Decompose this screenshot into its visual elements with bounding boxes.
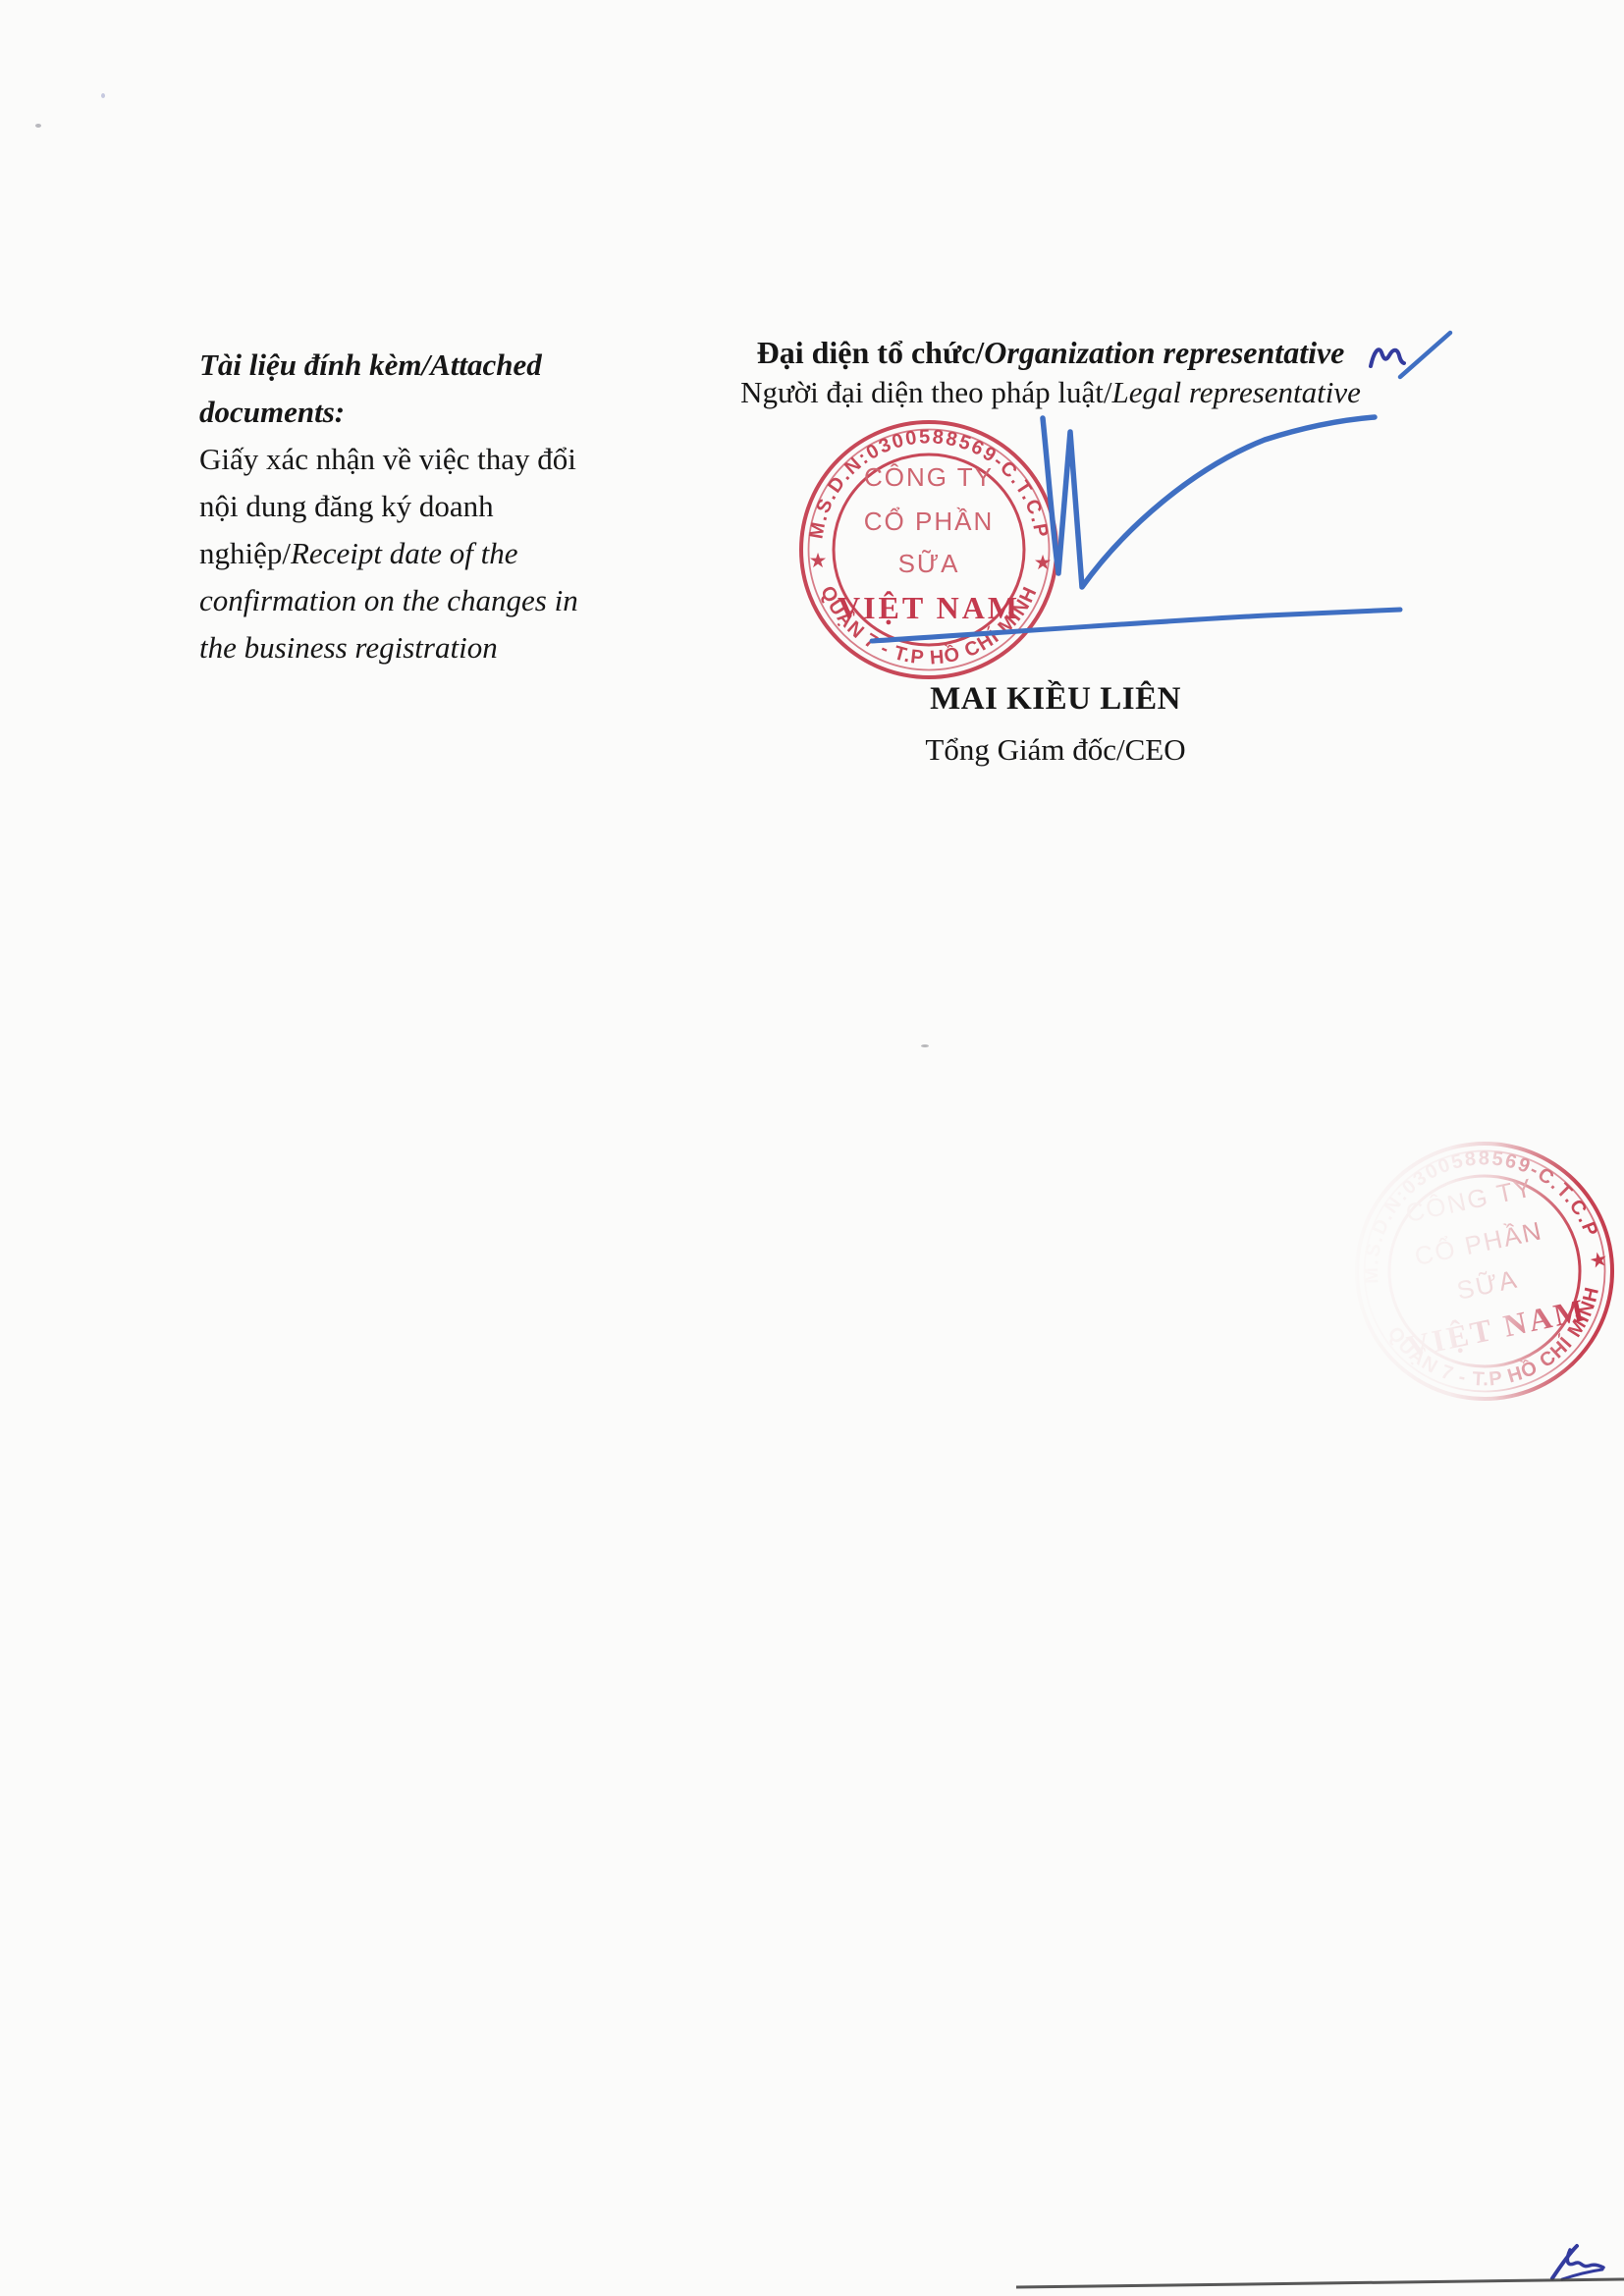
scan-edge-line-stroke [1016, 2279, 1624, 2287]
partial-seal-center-line3: SỮA [1454, 1263, 1521, 1305]
ceo-signature [844, 324, 1453, 667]
signer-block: MAI KIỀU LIÊN Tổng Giám đốc/CEO [687, 679, 1424, 768]
signature-flourish-slash [1400, 333, 1450, 377]
signature-flourish-mark [1371, 349, 1404, 366]
partial-seal-center-line2: CỔ PHẦN [1412, 1215, 1545, 1271]
signature-main-stroke [1043, 417, 1375, 587]
scan-edge-line [1001, 2273, 1624, 2291]
scan-speck [35, 124, 41, 128]
scan-speck [921, 1044, 929, 1047]
seal-star-left-icon: ★ [809, 550, 828, 572]
signer-title: Tổng Giám đốc/CEO [687, 732, 1424, 768]
attached-documents-heading: Tài liệu đính kèm/Attached documents: [199, 342, 592, 436]
attached-documents-body: Giấy xác nhận về việc thay đổi nội dung … [199, 436, 592, 671]
signature-underline-stroke [872, 610, 1400, 641]
attached-documents-block: Tài liệu đính kèm/Attached documents: Gi… [199, 342, 592, 671]
partial-seal-stamp: M.S.D.N:0300588569-C.T.C.P QUẬN 7 - T.P … [1337, 1124, 1624, 1418]
document-page: Tài liệu đính kèm/Attached documents: Gi… [0, 0, 1624, 2296]
scan-speck [101, 93, 105, 98]
signer-name: MAI KIỀU LIÊN [687, 679, 1424, 719]
partial-seal-star-right-icon: ★ [1588, 1248, 1610, 1273]
